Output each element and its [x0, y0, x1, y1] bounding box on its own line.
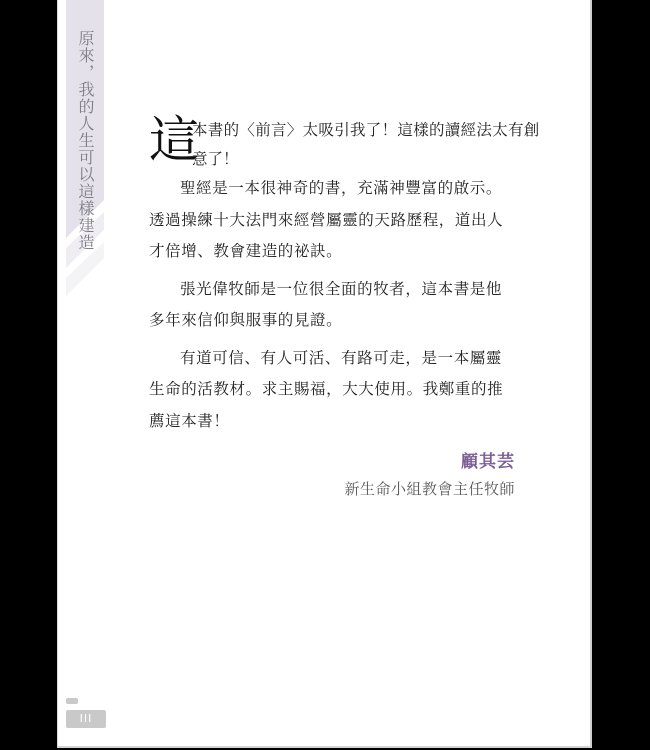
signature-role: 新生命小組教會主任牧師 — [149, 478, 515, 499]
foreword-body: 這 本書的〈前言〉太吸引我了！這樣的讀經法太有創 意了！ 聖經是一本很神奇的書，… — [149, 115, 515, 499]
opening-line-1: 本書的〈前言〉太吸引我了！這樣的讀經法太有創 — [192, 118, 540, 140]
folio-marker-icon — [66, 698, 78, 704]
paragraph-1: 聖經是一本很神奇的書，充滿神豐富的啟示。透過操練十大法門來經營屬靈的天路歷程，道… — [149, 173, 515, 268]
opening-paragraph: 這 本書的〈前言〉太吸引我了！這樣的讀經法太有創 意了！ — [149, 115, 515, 167]
book-page: 原來，我的人生可以這樣建造 這 本書的〈前言〉太吸引我了！這樣的讀經法太有創 意… — [57, 0, 592, 748]
signature-name: 顧其芸 — [149, 447, 515, 472]
paragraph-3: 有道可信、有人可活、有路可走，是一本屬靈生命的活教材。求主賜福，大大使用。我鄭重… — [149, 343, 515, 438]
paragraph-2: 張光偉牧師是一位很全面的牧者，這本書是他多年來信仰與服事的見證。 — [149, 274, 515, 337]
running-head-tab: 原來，我的人生可以這樣建造 — [66, 0, 104, 300]
running-head-title: 原來，我的人生可以這樣建造 — [72, 30, 98, 251]
page-number: III — [66, 710, 106, 728]
opening-line-2: 意了！ — [192, 147, 239, 169]
